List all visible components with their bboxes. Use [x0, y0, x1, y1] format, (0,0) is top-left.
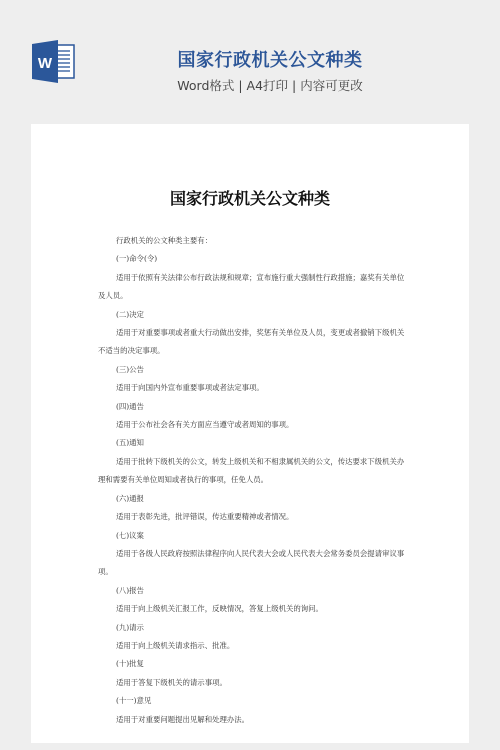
section-text: 适用于对重要事项或者重大行动做出安排，奖惩有关单位及人员，变更或者撤销下级机关不… [98, 324, 408, 361]
section-heading: (七)议案 [98, 527, 408, 545]
section-text: 适用于批转下级机关的公文，转发上级机关和不相隶属机关的公文，传达要求下级机关办理… [98, 453, 408, 490]
section-heading: (十)批复 [98, 655, 408, 673]
section-text: 适用于公布社会各有关方面应当遵守或者周知的事项。 [98, 416, 408, 434]
section-text: 适用于向上级机关汇报工作，反映情况，答复上级机关的询问。 [98, 600, 408, 618]
section-heading: (八)报告 [98, 582, 408, 600]
section-text: 适用于向国内外宣布重要事项或者法定事项。 [98, 379, 408, 397]
svg-text:W: W [38, 55, 53, 72]
document-page: 国家行政机关公文种类 行政机关的公文种类主要有： (一)命令(令) 适用于依照有… [31, 124, 469, 743]
document-title: 国家行政机关公文种类 [31, 186, 469, 209]
section-heading: (三)公告 [98, 361, 408, 379]
header-title: 国家行政机关公文种类 [160, 46, 380, 72]
header-banner: W 国家行政机关公文种类 Word格式 | A4打印 | 内容可更改 [0, 0, 500, 124]
section-text: 适用于各级人民政府按照法律程序向人民代表大会或人民代表大会常务委员会提请审议事项… [98, 545, 408, 582]
header-subtitle: Word格式 | A4打印 | 内容可更改 [160, 76, 380, 94]
section-heading: (六)通报 [98, 490, 408, 508]
section-text: 适用于表彰先进，批评错误，传达重要精神或者情况。 [98, 508, 408, 526]
document-body: 行政机关的公文种类主要有： (一)命令(令) 适用于依照有关法律公布行政法规和规… [98, 232, 408, 729]
section-text: 适用于依照有关法律公布行政法规和规章；宣布施行重大强制性行政措施；嘉奖有关单位及… [98, 269, 408, 306]
section-heading: (一)命令(令) [98, 250, 408, 268]
section-text: 适用于向上级机关请求指示、批准。 [98, 637, 408, 655]
document-intro: 行政机关的公文种类主要有： [98, 232, 408, 250]
section-heading: (五)通知 [98, 434, 408, 452]
section-heading: (十一)意见 [98, 692, 408, 710]
word-document-icon: W [32, 40, 76, 83]
section-heading: (二)决定 [98, 306, 408, 324]
section-heading: (九)请示 [98, 619, 408, 637]
section-heading: (四)通告 [98, 398, 408, 416]
section-text: 适用于答复下级机关的请示事项。 [98, 674, 408, 692]
section-text: 适用于对重要问题提出见解和处理办法。 [98, 711, 408, 729]
